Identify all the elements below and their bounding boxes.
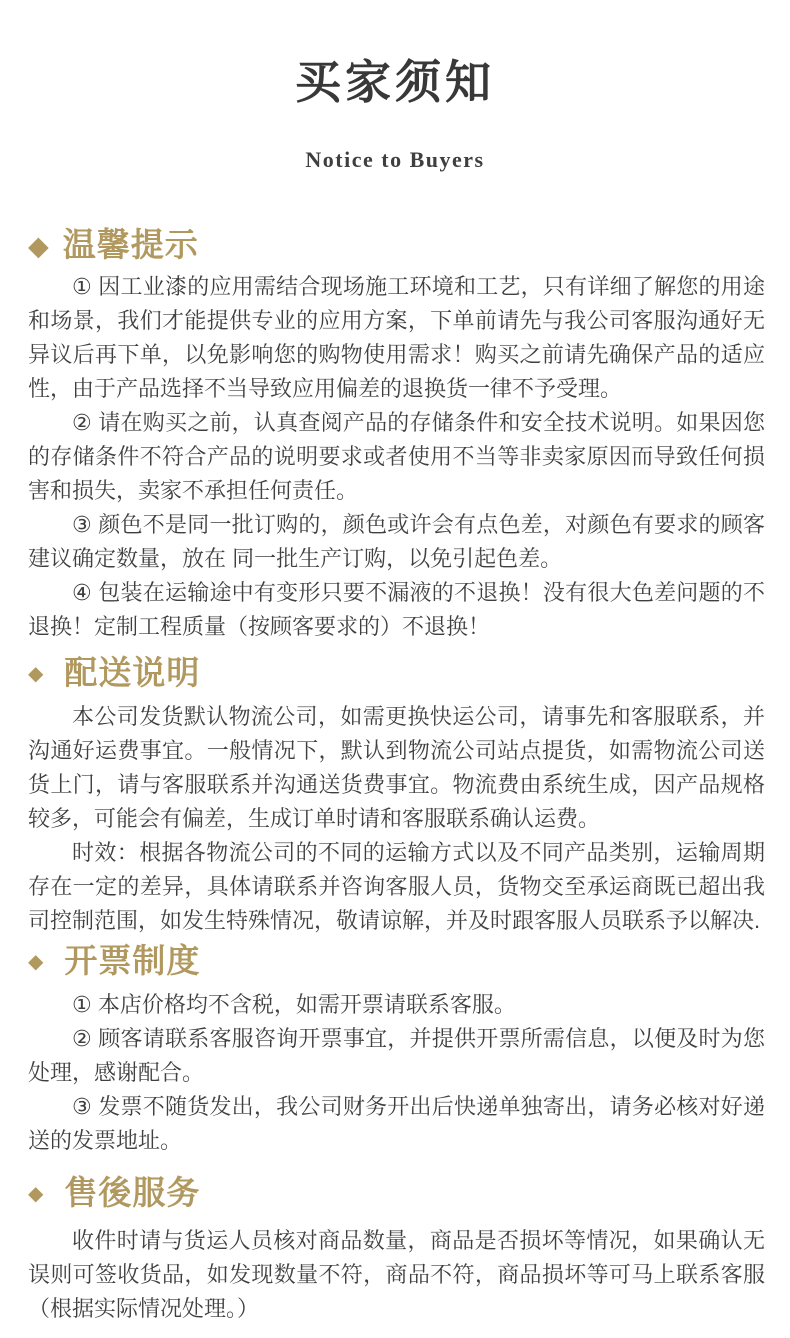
section-invoice: ◆ 开票制度 ① 本店价格均不含税，如需开票请联系客服。 ② 顾客请联系客服咨询… bbox=[0, 940, 790, 1158]
page-title: 买家须知 bbox=[0, 52, 790, 112]
section-heading-label: 温馨提示 bbox=[63, 224, 199, 266]
paragraph: ① 因工业漆的应用需结合现场施工环境和工艺，只有详细了解您的用途和场景，我们才能… bbox=[0, 270, 790, 406]
diamond-icon: ◆ bbox=[28, 233, 50, 260]
section-heading: ◆ 售後服务 bbox=[28, 1172, 790, 1214]
paragraph: ③ 发票不随货发出，我公司财务开出后快递单独寄出，请务必核对好递送的发票地址。 bbox=[0, 1090, 790, 1158]
diamond-icon: ◆ bbox=[28, 664, 44, 684]
section-heading-label: 售後服务 bbox=[64, 1172, 200, 1214]
paragraph: ① 本店价格均不含税，如需开票请联系客服。 bbox=[0, 988, 790, 1022]
paragraph: 本公司发货默认物流公司，如需更换快运公司，请事先和客服联系，并沟通好运费事宜。一… bbox=[0, 700, 790, 836]
section-heading: ◆ 配送说明 bbox=[28, 652, 790, 694]
section-heading-label: 开票制度 bbox=[64, 940, 200, 982]
paragraph: ④ 包装在运输途中有变形只要不漏液的不退换！没有很大色差问题的不退换！定制工程质… bbox=[0, 576, 790, 644]
section-warm-tips: ◆ 温馨提示 ① 因工业漆的应用需结合现场施工环境和工艺，只有详细了解您的用途和… bbox=[0, 224, 790, 644]
diamond-icon: ◆ bbox=[28, 952, 44, 972]
buyer-notice-page: 买家须知 Notice to Buyers ◆ 温馨提示 ① 因工业漆的应用需结… bbox=[0, 0, 790, 1338]
paragraph: ② 顾客请联系客服咨询开票事宜，并提供开票所需信息，以便及时为您处理，感谢配合。 bbox=[0, 1022, 790, 1090]
section-after-sales: ◆ 售後服务 收件时请与货运人员核对商品数量，商品是否损坏等情况，如果确认无误则… bbox=[0, 1172, 790, 1326]
paragraph: 时效：根据各物流公司的不同的运输方式以及不同产品类别，运输周期存在一定的差异，具… bbox=[0, 836, 790, 938]
section-delivery: ◆ 配送说明 本公司发货默认物流公司，如需更换快运公司，请事先和客服联系，并沟通… bbox=[0, 652, 790, 938]
paragraph: ② 请在购买之前，认真查阅产品的存储条件和安全技术说明。如果因您的存储条件不符合… bbox=[0, 406, 790, 508]
paragraph: ③ 颜色不是同一批订购的，颜色或许会有点色差，对颜色有要求的顾客建议确定数量，放… bbox=[0, 508, 790, 576]
section-heading: ◆ 开票制度 bbox=[28, 940, 790, 982]
diamond-icon: ◆ bbox=[28, 1184, 44, 1204]
section-heading-label: 配送说明 bbox=[64, 652, 200, 694]
paragraph: 收件时请与货运人员核对商品数量，商品是否损坏等情况，如果确认无误则可签收货品，如… bbox=[0, 1224, 790, 1326]
page-subtitle: Notice to Buyers bbox=[0, 146, 790, 174]
section-heading: ◆ 温馨提示 bbox=[28, 224, 790, 266]
